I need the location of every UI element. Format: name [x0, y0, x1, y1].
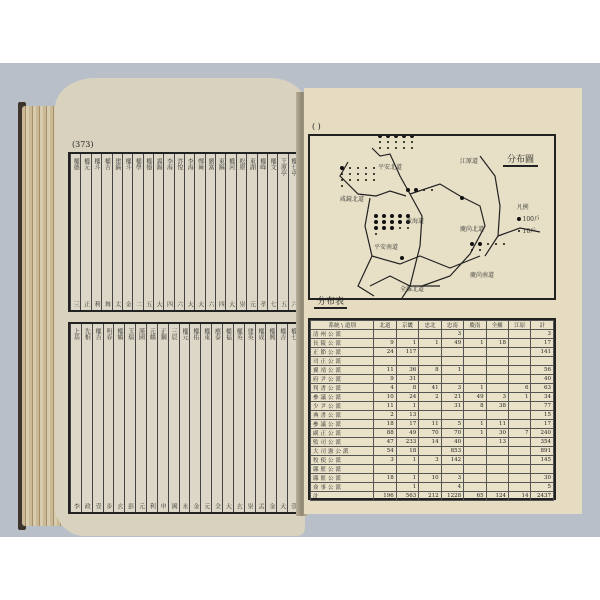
table-cell: 41 [419, 384, 441, 393]
table-header: 北道 [374, 321, 396, 330]
small-dot-icon [471, 249, 473, 251]
table-cell: 24 [396, 393, 418, 402]
table-cell [464, 465, 486, 474]
large-dot-icon [398, 220, 402, 224]
small-dot-icon [387, 141, 389, 143]
table-cell: 2 [374, 411, 396, 420]
register-name: 權文 [268, 158, 277, 170]
table-row: 府尹公派93140 [311, 375, 554, 384]
table-row: 少尹公派1113183877 [311, 402, 554, 411]
table-cell: 34 [531, 393, 554, 402]
table-cell: 1 [509, 393, 531, 402]
register-name: 權河 [227, 158, 236, 170]
register-column: 東湖元 [246, 154, 256, 310]
table-cell [441, 465, 463, 474]
register-footer: 彭 [126, 503, 135, 509]
map-legend: 凡例 100戶 10戶 [517, 202, 540, 238]
table-cell: 17 [531, 420, 554, 429]
table-row: 監司公派47233144013354 [311, 438, 554, 447]
large-dot-icon [374, 214, 378, 218]
large-dot-icon [390, 220, 394, 224]
table-cell [509, 348, 531, 357]
register-footer: 崇 [237, 301, 246, 307]
small-dot-icon [387, 147, 389, 149]
register-footer: 三 [71, 301, 80, 307]
table-cell: 10 [374, 393, 396, 402]
row-label: 府尹公派 [311, 375, 374, 384]
table-cell: 853 [441, 447, 463, 456]
register-column: 松原崇 [236, 154, 246, 310]
table-cell: 88 [374, 429, 396, 438]
register-name: 權德 [144, 158, 153, 170]
register-name: 玉瑞 [126, 328, 135, 340]
register-footer: 孟 [256, 503, 265, 509]
table-row: 判書公派484131663 [311, 384, 554, 393]
table-cell [464, 357, 486, 366]
table-cell: 40 [441, 438, 463, 447]
row-label: 計 [311, 492, 374, 501]
table-cell: 1 [464, 339, 486, 348]
register-footer: 政 [82, 503, 91, 509]
table-cell: 11 [419, 420, 441, 429]
distribution-table: 系統 \ 道別北道京畿忠北忠南慶南全羅江原計清州公派33長陵公派91149118… [308, 318, 556, 500]
table-cell: 1 [464, 420, 486, 429]
table-row: 參議公派1024221493134 [311, 393, 554, 402]
region-label: 黃海道 [406, 216, 424, 225]
table-cell [464, 375, 486, 384]
large-dot-icon [517, 217, 521, 221]
register-footer: 舞 [102, 301, 111, 307]
register-footer: 六 [175, 301, 184, 307]
register-footer: 五 [278, 301, 287, 307]
table-cell: 77 [531, 402, 554, 411]
table-cell: 11 [486, 420, 508, 429]
table-cell: 70 [419, 429, 441, 438]
register-name: 權吉 [102, 158, 111, 170]
register-footer: 太 [113, 301, 122, 307]
table-cell: 233 [396, 438, 418, 447]
table-cell: 56 [531, 366, 554, 375]
table-cell [509, 420, 531, 429]
register-column: 三辰國 [168, 324, 179, 512]
table-cell [374, 483, 396, 492]
table-row: 僉事公派145 [311, 483, 554, 492]
table-cell [509, 339, 531, 348]
table-header: 慶南 [464, 321, 486, 330]
table-cell: 8 [396, 384, 418, 393]
small-dot-icon [357, 167, 359, 169]
small-dot-icon [373, 167, 375, 169]
region-dot-cluster [470, 242, 508, 252]
table-cell: 1 [441, 366, 463, 375]
table-cell [509, 483, 531, 492]
register-column: 權元正 [80, 154, 90, 310]
table-cell [374, 357, 396, 366]
row-label: 判書公派 [311, 384, 374, 393]
register-column: 權佑金 [189, 324, 200, 512]
table-cell: 3 [441, 474, 463, 483]
table-cell: 49 [464, 393, 486, 402]
register-name: 權斗 [123, 158, 132, 170]
table-cell [464, 411, 486, 420]
large-dot-icon [386, 134, 390, 138]
small-dot-icon [407, 227, 409, 229]
register-name: 權元 [180, 328, 189, 340]
table-row: 牧使公派313142145 [311, 456, 554, 465]
map-title: 分布圖 [503, 152, 538, 167]
register-footer: 元 [137, 503, 146, 509]
row-label: 僉事公派 [311, 483, 374, 492]
register-footer: 大 [278, 503, 287, 509]
open-book: (373) 權七亭六王原亭五權文七權峰孝東湖元松原崇權河大東鎬四劉富六鄭崗大李海… [0, 0, 600, 600]
register-footer: 大 [154, 301, 163, 307]
register-column: 李海四 [163, 154, 173, 310]
register-footer: 元 [202, 503, 211, 509]
large-dot-icon [398, 214, 402, 218]
register-name: 李海 [165, 158, 174, 170]
table-cell [419, 483, 441, 492]
register-name: 權峰 [258, 158, 267, 170]
region-label: 平安北道 [378, 162, 402, 171]
register-column: 權峰孝 [257, 154, 267, 310]
register-name: 權東 [202, 328, 211, 340]
large-dot-icon [406, 188, 410, 192]
table-cell [396, 465, 418, 474]
table-cell: 14 [419, 438, 441, 447]
table-cell: 212 [419, 492, 441, 501]
region-label: 全羅北道 [400, 284, 424, 293]
table-cell: 14 [509, 492, 531, 501]
table-cell: 5 [531, 483, 554, 492]
left-page-number: (373) [72, 140, 94, 149]
register-name: 建鎬 [113, 158, 122, 170]
table-cell: 18 [486, 339, 508, 348]
large-dot-icon [460, 196, 464, 200]
register-name: 東鎬 [216, 158, 225, 170]
table-row: 計196563212122865124142437 [311, 492, 554, 501]
table-cell [509, 438, 531, 447]
register-column: 建英崇 [244, 324, 255, 512]
small-dot-icon [503, 243, 505, 245]
register-footer: 壹 [93, 503, 102, 509]
register-column: 正鋼申 [157, 324, 168, 512]
register-name: 李海 [185, 158, 194, 170]
table-cell: 15 [531, 411, 554, 420]
large-dot-icon [374, 220, 378, 224]
legend-title: 凡例 [517, 202, 540, 214]
region-label: 江原道 [460, 156, 478, 165]
register-column: 權英玄 [233, 324, 244, 512]
small-dot-icon [357, 179, 359, 181]
table-header: 忠南 [441, 321, 463, 330]
small-dot-icon [379, 141, 381, 143]
register-name: 東湖 [247, 158, 256, 170]
table-cell: 47 [374, 438, 396, 447]
register-footer: 大 [227, 301, 236, 307]
register-column: 權吉舞 [101, 154, 111, 310]
table-cell: 49 [441, 339, 463, 348]
register-footer: 金 [123, 301, 132, 307]
table-cell: 3 [531, 330, 554, 339]
row-label: 參議公派 [311, 393, 374, 402]
table-cell [464, 474, 486, 483]
table-cell [486, 483, 508, 492]
table-cell: 21 [441, 393, 463, 402]
table-header: 系統 \ 道別 [311, 321, 374, 330]
table-cell: 1 [396, 339, 418, 348]
register-column: 權學二 [132, 154, 142, 310]
register-name: 建英 [245, 328, 254, 340]
register-name: 權鶴 [115, 328, 124, 340]
table-cell [396, 357, 418, 366]
table-cell: 1 [396, 483, 418, 492]
table-row: 長陵公派9114911817 [311, 339, 554, 348]
table-cell [509, 375, 531, 384]
table-cell [374, 465, 396, 474]
table-cell: 11 [374, 366, 396, 375]
register-name: 權興 [267, 328, 276, 340]
register-name: 權佑 [191, 328, 200, 340]
table-cell [486, 348, 508, 357]
table-row: 副正公派884970701307240 [311, 429, 554, 438]
table-cell: 1 [464, 384, 486, 393]
table-cell [509, 357, 531, 366]
table-cell: 13 [396, 411, 418, 420]
table-cell: 145 [531, 456, 554, 465]
register-footer: 金 [191, 503, 200, 509]
table-cell: 17 [396, 420, 418, 429]
register-footer: 四 [165, 301, 174, 307]
table-cell: 36 [396, 366, 418, 375]
register-column: 權東元 [200, 324, 211, 512]
table-cell [486, 330, 508, 339]
table-cell [441, 411, 463, 420]
table-cell [509, 366, 531, 375]
table-cell: 3 [374, 456, 396, 465]
table-cell [464, 483, 486, 492]
row-label: 大司憲公派 [311, 447, 374, 456]
small-dot-icon [349, 167, 351, 169]
small-dot-icon [423, 189, 425, 191]
table-cell: 13 [486, 438, 508, 447]
large-dot-icon [390, 226, 394, 230]
row-label: 長陵公派 [311, 339, 374, 348]
table-row: 縣監公派 [311, 465, 554, 474]
small-dot-icon [349, 173, 351, 175]
register-footer: 大 [196, 301, 205, 307]
register-name: 權福 [223, 328, 232, 340]
table-cell: 1 [396, 456, 418, 465]
table-cell: 9 [374, 375, 396, 384]
register-name: 權成 [256, 328, 265, 340]
register-column: 建鎬太 [112, 154, 122, 310]
table-cell: 70 [441, 429, 463, 438]
table-cell: 3 [419, 456, 441, 465]
register-column: 玉瑞彭 [124, 324, 135, 512]
large-dot-icon [410, 134, 414, 138]
register-footer: 孝 [258, 301, 267, 307]
register-name: 漢國 [137, 328, 146, 340]
table-cell: 891 [531, 447, 554, 456]
register-column: 許悅六 [174, 154, 184, 310]
table-cell: 10 [419, 474, 441, 483]
table-cell [509, 474, 531, 483]
table-cell [419, 357, 441, 366]
region-label: 平安南道 [374, 242, 398, 251]
small-dot-icon [349, 179, 351, 181]
table-cell: 142 [441, 456, 463, 465]
register-name: 應泰 [213, 328, 222, 340]
table-cell: 6 [509, 384, 531, 393]
register-footer: 利 [92, 301, 101, 307]
table-cell: 54 [374, 447, 396, 456]
large-dot-icon [478, 242, 482, 246]
register-name: 正鋼 [158, 328, 167, 340]
table-cell: 31 [441, 402, 463, 411]
register-footer: 李 [71, 503, 80, 509]
register-name: 權吉 [278, 328, 287, 340]
table-cell [441, 348, 463, 357]
small-dot-icon [431, 189, 433, 191]
table-cell: 4 [441, 483, 463, 492]
small-dot-icon [365, 167, 367, 169]
table-row: 大司憲公派5418853891 [311, 447, 554, 456]
table-cell [486, 366, 508, 375]
table-cell [464, 438, 486, 447]
register-footer: 二 [133, 301, 142, 307]
small-dot-icon [341, 173, 343, 175]
table-cell [509, 465, 531, 474]
row-label: 翼靖公派 [311, 366, 374, 375]
table-cell: 24 [374, 348, 396, 357]
table-cell [509, 330, 531, 339]
register-name: 許悅 [175, 158, 184, 170]
table-cell: 18 [374, 420, 396, 429]
register-column: 王原亭五 [277, 154, 287, 310]
table-row: 縣監公派18110330 [311, 474, 554, 483]
register-footer: 永 [180, 503, 189, 509]
large-dot-icon [340, 166, 344, 170]
register-name: 權德 [71, 158, 80, 170]
register-column: 明春步 [103, 324, 114, 512]
register-column: 權鶴玄 [113, 324, 124, 512]
table-cell: 117 [396, 348, 418, 357]
small-dot-icon [403, 147, 405, 149]
row-label: 司正公派 [311, 357, 374, 366]
table-cell: 9 [374, 339, 396, 348]
register-name: 先相 [82, 328, 91, 340]
table-cell: 3 [486, 393, 508, 402]
region-dot-cluster [340, 166, 378, 188]
large-dot-icon [382, 220, 386, 224]
table-row: 典書公派21315 [311, 411, 554, 420]
table-cell: 563 [396, 492, 418, 501]
register-column: 權文七 [267, 154, 277, 310]
register-footer: 崇 [245, 503, 254, 509]
register-column: 應泰全 [211, 324, 222, 512]
table-header: 忠北 [419, 321, 441, 330]
large-dot-icon [414, 188, 418, 192]
table-cell: 1 [396, 402, 418, 411]
table-cell [509, 411, 531, 420]
register-column: 漢國元 [135, 324, 146, 512]
region-dot-cluster [460, 196, 498, 200]
small-dot-icon [403, 141, 405, 143]
register-name: 權學 [133, 158, 142, 170]
table-cell [396, 330, 418, 339]
table-cell: 1 [419, 339, 441, 348]
table-row: 正節公派24117141 [311, 348, 554, 357]
table-cell [486, 465, 508, 474]
register-column: 權吉大 [276, 324, 287, 512]
small-dot-icon [365, 173, 367, 175]
table-cell [419, 375, 441, 384]
register-column: 元鶴利 [146, 324, 157, 512]
register-footer: 利 [147, 503, 156, 509]
row-label: 正節公派 [311, 348, 374, 357]
table-cell [419, 402, 441, 411]
table-cell [419, 447, 441, 456]
register-column: 權德三 [70, 154, 80, 310]
table-cell [374, 330, 396, 339]
large-dot-icon [394, 134, 398, 138]
table-cell [441, 375, 463, 384]
register-column: 權成孟 [255, 324, 266, 512]
register-name: 元鶴 [147, 328, 156, 340]
table-cell: 3 [441, 330, 463, 339]
table-cell [486, 375, 508, 384]
table-cell: 354 [531, 438, 554, 447]
small-dot-icon [373, 173, 375, 175]
table-header: 京畿 [396, 321, 418, 330]
table-cell: 4 [374, 384, 396, 393]
large-dot-icon [390, 214, 394, 218]
small-dot-icon [379, 147, 381, 149]
register-column: 東鎬四 [215, 154, 225, 310]
small-dot-icon [411, 147, 413, 149]
row-label: 縣監公派 [311, 465, 374, 474]
table-cell: 17 [531, 339, 554, 348]
upper-register-table: 權七亭六王原亭五權文七權峰孝東湖元松原崇權河大東鎬四劉富六鄭崗大李海大許悅六李海… [68, 152, 300, 312]
row-label: 牧使公派 [311, 456, 374, 465]
register-name: 翼錫 [154, 158, 163, 170]
table-cell: 40 [531, 375, 554, 384]
register-column: 先相政 [81, 324, 92, 512]
register-footer: 五 [144, 301, 153, 307]
register-footer: 金 [267, 503, 276, 509]
distribution-map: 分布圖 凡例 100戶 10戶 咸鏡北道平安北道江原道平安南道黃海道慶尚北道全羅… [308, 134, 556, 300]
table-header: 江原 [509, 321, 531, 330]
table-cell: 8 [464, 402, 486, 411]
table-row: 翼靖公派11368156 [311, 366, 554, 375]
register-name: 明春 [104, 328, 113, 340]
table-cell: 8 [419, 366, 441, 375]
table-cell [486, 411, 508, 420]
table-cell: 2437 [531, 492, 554, 501]
small-dot-icon [373, 179, 375, 181]
small-dot-icon [399, 227, 401, 229]
register-footer: 玄 [234, 503, 243, 509]
register-column: 權德五 [143, 154, 153, 310]
register-name: 上基 [71, 328, 80, 340]
register-name: 權吉 [93, 328, 102, 340]
register-footer: 七 [268, 301, 277, 307]
table-cell: 30 [531, 474, 554, 483]
register-column: 權吉壹 [92, 324, 103, 512]
table-title: 分布表 [314, 294, 347, 309]
register-column: 權斗利 [91, 154, 101, 310]
register-name: 三辰 [169, 328, 178, 340]
